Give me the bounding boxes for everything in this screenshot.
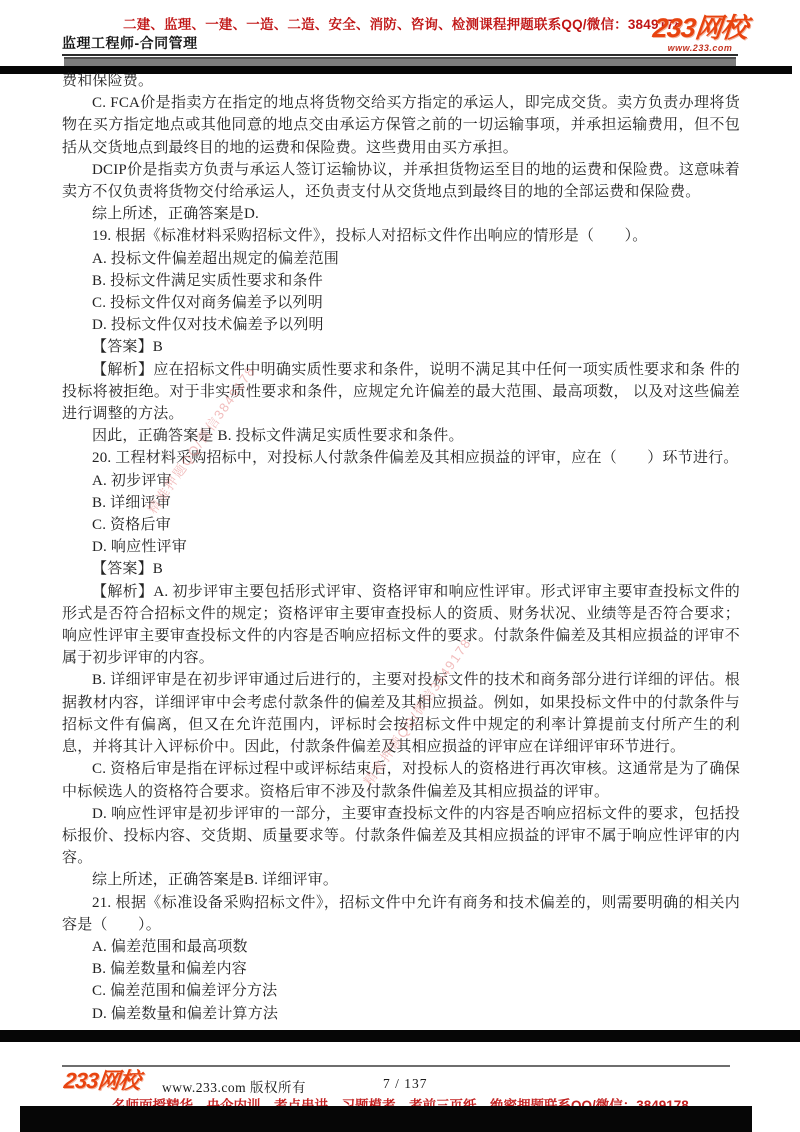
footer-copyright: www.233.com 版权所有	[162, 1076, 306, 1096]
footer-rule	[62, 1065, 730, 1067]
question-20-option-c: C. 资格后审	[62, 514, 740, 536]
question-21-option-c: C. 偏差范围和偏差评分方法	[62, 980, 740, 1002]
question-19-option-a: A. 投标文件偏差超出规定的偏差范围	[62, 248, 740, 270]
question-20-option-d: D. 响应性评审	[62, 536, 740, 558]
bottom-divider-bar	[20, 1106, 752, 1132]
question-21-option-d: D. 偏差数量和偏差计算方法	[62, 1003, 740, 1025]
footer-logo-text: 233网校	[63, 1070, 141, 1092]
question-21-option-a: A. 偏差范围和最高项数	[62, 936, 740, 958]
header-gray-bar	[64, 57, 736, 66]
answer-summary: 综上所述，正确答案是D.	[62, 203, 740, 225]
document-title: 监理工程师-合同管理	[62, 33, 198, 53]
question-19-conclusion: 因此，正确答案是 B. 投标文件满足实质性要求和条件。	[62, 425, 740, 447]
question-19-answer: 【答案】B	[62, 336, 740, 358]
question-20-explanation-b: B. 详细评审是在初步评审通过后进行的，主要对投标文件的技术和商务部分进行详细的…	[62, 669, 740, 758]
question-20-answer: 【答案】B	[62, 558, 740, 580]
question-20-option-a: A. 初步评审	[62, 470, 740, 492]
question-19-option-d: D. 投标文件仅对技术偏差予以列明	[62, 314, 740, 336]
question-19-option-b: B. 投标文件满足实质性要求和条件	[62, 270, 740, 292]
document-page: 二建、监理、一建、一造、二造、安全、消防、咨询、检测课程押题联系QQ/微信：38…	[0, 0, 800, 1132]
document-paragraph: 费和保险费。	[62, 70, 740, 92]
site-logo-url: www.233.com	[650, 43, 750, 53]
question-21-option-b: B. 偏差数量和偏差内容	[62, 958, 740, 980]
document-paragraph: DCIP价是指卖方负责与承运人签订运输协议，并承担货物运至目的地的运费和保险费。…	[62, 159, 740, 203]
question-19-option-c: C. 投标文件仅对商务偏差予以列明	[62, 292, 740, 314]
question-19: 19. 根据《标准材料采购招标文件》，投标人对招标文件作出响应的情形是（ ）。	[62, 225, 740, 247]
site-logo-text: 233网校	[649, 15, 752, 42]
page-number: 7 / 137	[383, 1076, 428, 1092]
site-logo: 233网校 www.233.com	[650, 15, 750, 53]
question-20-explanation-c: C. 资格后审是指在评标过程中或评标结束后，对投标人的资格进行再次审核。这通常是…	[62, 758, 740, 802]
question-20-explanation-a: 【解析】A. 初步评审主要包括形式评审、资格评审和响应性评审。形式评审主要审查投…	[62, 581, 740, 670]
question-20-conclusion: 综上所述，正确答案是B. 详细评审。	[62, 869, 740, 891]
question-20-explanation-d: D. 响应性评审是初步评审的一部分，主要审查投标文件的内容是否响应招标文件的要求…	[62, 803, 740, 870]
footer-divider-bar	[0, 1030, 800, 1042]
question-19-explanation: 【解析】应在招标文件中明确实质性要求和条件，说明不满足其中任何一项实质性要求和条…	[62, 359, 740, 426]
question-20-option-b: B. 详细评审	[62, 492, 740, 514]
document-body: 费和保险费。 C. FCA价是指卖方在指定的地点将货物交给买方指定的承运人，即完…	[62, 70, 740, 1030]
header-promo-text: 二建、监理、一建、一造、二造、安全、消防、咨询、检测课程押题联系QQ/微信：38…	[123, 13, 682, 33]
question-21: 21. 根据《标准设备采购招标文件》，招标文件中允许有商务和技术偏差的，则需要明…	[62, 892, 740, 936]
header-rule	[62, 54, 738, 56]
document-paragraph: C. FCA价是指卖方在指定的地点将货物交给买方指定的承运人，即完成交货。卖方负…	[62, 92, 740, 159]
question-20: 20. 工程材料采购招标中，对投标人付款条件偏差及其相应损益的评审，应在（ ）环…	[62, 447, 740, 469]
